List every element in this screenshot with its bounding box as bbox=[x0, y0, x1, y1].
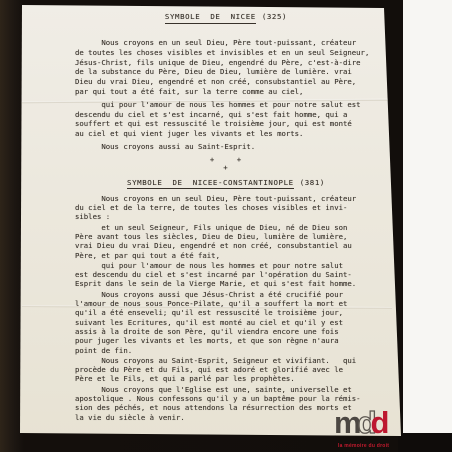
document-line: point de fin. bbox=[75, 346, 377, 355]
document-line: est descendu du ciel et s'est incarné pa… bbox=[75, 270, 377, 279]
document-line: qui pour l'amour de nous les hommes et p… bbox=[75, 261, 377, 270]
section-heading: SYMBOLE DE NICEE-CONSTANTINOPLE(381) bbox=[75, 178, 377, 187]
document-line: vrai Dieu du vrai Dieu, engendré et non … bbox=[75, 241, 377, 250]
paragraph: et un seul Seigneur, Fils unique de Dieu… bbox=[75, 223, 377, 260]
paragraph: qui pour l'amour de nous les hommes et p… bbox=[75, 100, 377, 139]
paragraph: Nous croyons aussi que Jésus-Christ a ét… bbox=[75, 290, 377, 355]
heading-title: SYMBOLE DE NICEE-CONSTANTINOPLE bbox=[127, 178, 294, 190]
document-line: Père avant tous les siècles, Dieu de Die… bbox=[75, 232, 377, 241]
heading-title: SYMBOLE DE NICEE bbox=[165, 12, 256, 24]
document-line: l'amour de nous sous Ponce-Pilate, qu'il… bbox=[75, 299, 377, 308]
document-line: apostolique . Nous confessons qu'il y a … bbox=[75, 394, 377, 403]
document-line: de la substance du Père, Dieu de Dieu, l… bbox=[75, 67, 377, 77]
document-line: Nous croyons en un seul Dieu, Père tout-… bbox=[75, 194, 377, 203]
heading-year: (381) bbox=[300, 178, 325, 187]
document-line: la vie du siècle à venir. bbox=[75, 413, 377, 422]
heading-year: (325) bbox=[262, 12, 287, 21]
document-line: Nous croyons aussi que Jésus-Christ a ét… bbox=[75, 290, 377, 299]
paragraph: qui pour l'amour de nous les hommes et p… bbox=[75, 261, 377, 289]
document-line: Père et le Fils, et qui a parlé par les … bbox=[75, 374, 377, 383]
mdd-watermark: mdd la mémoire du droit bbox=[334, 411, 452, 452]
separator-line: + bbox=[75, 164, 377, 173]
document-line: Nous croyons aussi au Saint-Esprit. bbox=[75, 142, 377, 152]
document-line: assis à la droite de son Père, qu'il vie… bbox=[75, 327, 377, 336]
document-line: qu'il a été enseveli; qu'il est ressusci… bbox=[75, 308, 377, 317]
document-line: Esprit dans le sein de la Vierge Marie, … bbox=[75, 279, 377, 288]
document-section: SYMBOLE DE NICEE-CONSTANTINOPLE(381) Nou… bbox=[75, 178, 377, 422]
document-line: Nous croyons que l'Eglise est une, saint… bbox=[75, 385, 377, 394]
paragraph: Nous croyons en un seul Dieu, Père tout-… bbox=[75, 38, 377, 97]
document-line: suivant les Ecritures, qu'il est monté a… bbox=[75, 318, 377, 327]
section-heading: SYMBOLE DE NICEE(325) bbox=[75, 12, 377, 21]
paragraph: Nous croyons en un seul Dieu, Père tout-… bbox=[75, 194, 377, 222]
mdd-logo: mdd bbox=[334, 403, 389, 443]
document-line: par qui tout a été fait, sur la terre co… bbox=[75, 87, 377, 97]
document-section: SYMBOLE DE NICEE(325) Nous croyons en un… bbox=[75, 12, 377, 152]
document-line: du ciel et de la terre, de toutes les ch… bbox=[75, 203, 377, 212]
document-line: procède du Père et du Fils, qui est ador… bbox=[75, 365, 377, 374]
document-line: Père, et par qui tout a été fait, bbox=[75, 251, 377, 260]
document-line: et un seul Seigneur, Fils unique de Dieu… bbox=[75, 223, 377, 232]
paragraph: Nous croyons que l'Eglise est une, saint… bbox=[75, 385, 377, 422]
document-line: de toutes les choses visibles et invisib… bbox=[75, 48, 377, 58]
document-line: Nous croyons en un seul Dieu, Père tout-… bbox=[75, 38, 377, 48]
scanned-page: SYMBOLE DE NICEE(325) Nous croyons en un… bbox=[0, 0, 452, 452]
watermark-tagline: la mémoire du droit bbox=[338, 443, 389, 449]
logo-letter-d-red: d bbox=[371, 405, 390, 440]
document-line: Dieu du vrai Dieu, engendré et non créé,… bbox=[75, 77, 377, 87]
document-line: souffert et qui est ressuscité le troisi… bbox=[75, 119, 377, 129]
paper-sheet: SYMBOLE DE NICEE(325) Nous croyons en un… bbox=[0, 0, 452, 452]
paragraph: Nous croyons au Saint-Esprit, Seigneur e… bbox=[75, 356, 377, 384]
document-line: Nous croyons au Saint-Esprit, Seigneur e… bbox=[75, 356, 377, 365]
document-line: sibles : bbox=[75, 212, 377, 221]
typed-document: SYMBOLE DE NICEE(325) Nous croyons en un… bbox=[75, 12, 377, 423]
cross-separator: + ++ bbox=[75, 156, 377, 173]
paragraph: Nous croyons aussi au Saint-Esprit. bbox=[75, 142, 377, 152]
document-line: qui pour l'amour de nous les hommes et p… bbox=[75, 100, 377, 110]
document-line: descendu du ciel et s'est incarné, qui s… bbox=[75, 110, 377, 120]
document-line: sion des péchés, et nous attendons la ré… bbox=[75, 403, 377, 412]
document-line: pour juger les vivants et les morts, et … bbox=[75, 336, 377, 345]
document-line: au ciel et qui vient juger les vivants e… bbox=[75, 129, 377, 139]
document-section: + ++ bbox=[75, 156, 377, 173]
document-line: Jésus-Christ, fils unique de Dieu, engen… bbox=[75, 58, 377, 68]
